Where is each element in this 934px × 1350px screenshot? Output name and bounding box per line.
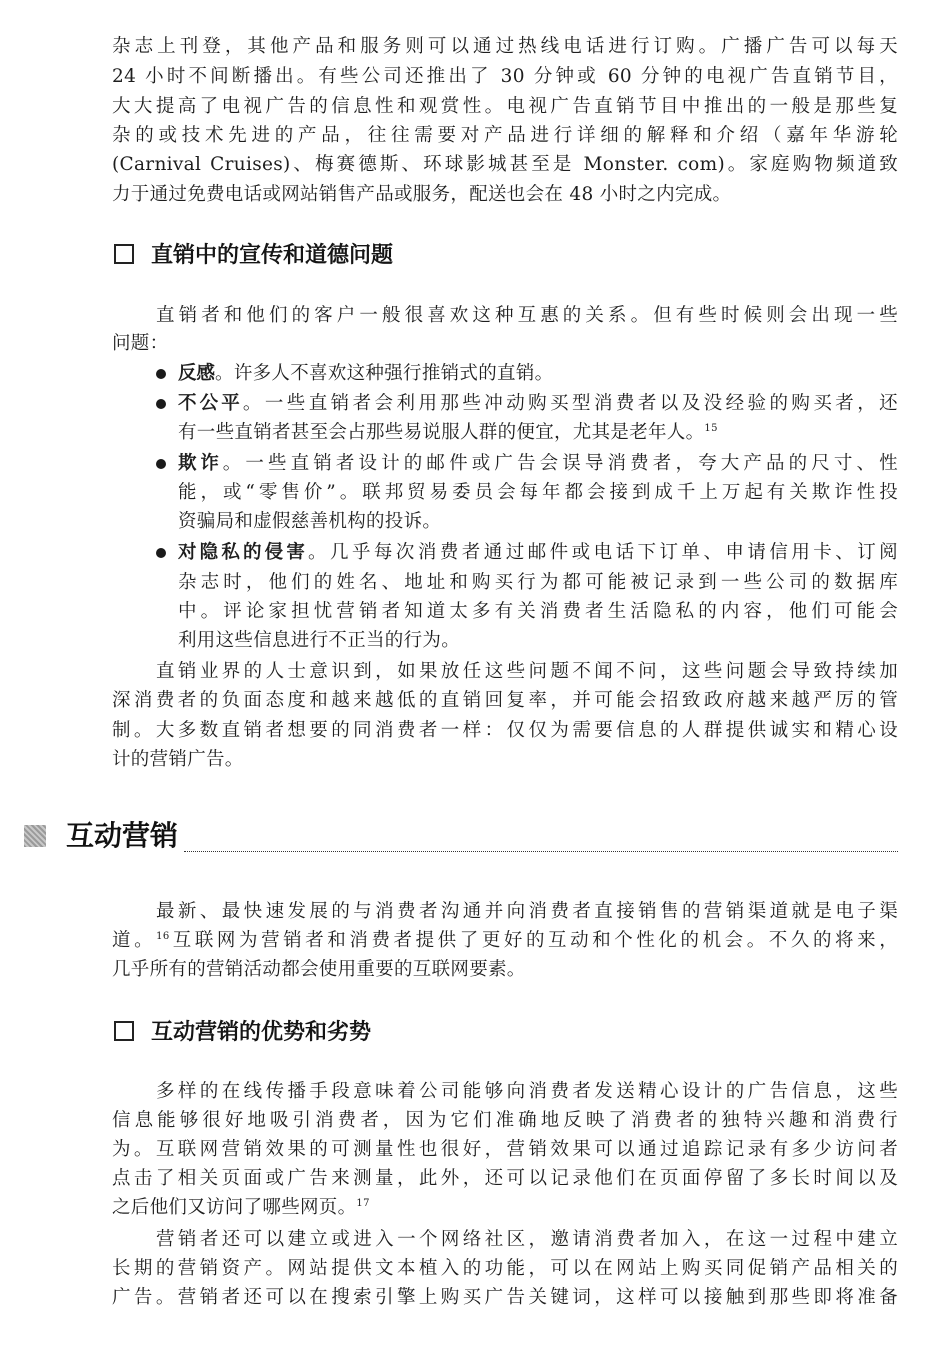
- footnote-marker: 17: [356, 1198, 369, 1209]
- bullet-icon: [156, 459, 166, 469]
- text-line: 有一些直销者甚至会占那些易说服人群的便宜，尤其是老年人。15: [178, 418, 898, 448]
- text-line: 中。评论家担忧营销者知道太多有关消费者生活隐私的内容，他们可能会: [178, 597, 898, 627]
- text-line: 信息能够很好地吸引消费者，因为它们准确地反映了消费者的独特兴趣和消费行: [112, 1106, 898, 1136]
- square-marker-icon: [114, 1021, 134, 1041]
- section-title: 互动营销: [66, 816, 178, 856]
- text-line: 广告。营销者还可以在搜索引擎上购买广告关键词，这样可以接触到那些即将准备: [112, 1283, 898, 1313]
- footnote-marker: 15: [704, 423, 717, 434]
- bullet-term: 反感: [178, 363, 215, 384]
- text-line: 欺诈。一些直销者设计的邮件或广告会误导消费者，夸大产品的尺寸、性: [178, 449, 898, 479]
- text-line: 资骗局和虚假慈善机构的投诉。: [178, 507, 898, 537]
- book-page: 杂志上刊登，其他产品和服务则可以通过热线电话进行订购。广播广告可以每天 24 小…: [0, 0, 934, 1350]
- text-line: 道。16互联网为营销者和消费者提供了更好的互动和个性化的机会。不久的将来，: [112, 926, 898, 956]
- text-line: 营销者还可以建立或进入一个网络社区，邀请消费者加入，在这一过程中建立: [156, 1225, 898, 1255]
- shaded-square-icon: [24, 825, 46, 847]
- text-line: 对隐私的侵害。几乎每次消费者通过邮件或电话下订单、申请信用卡、订阅: [178, 538, 898, 568]
- bullet-term: 不公平: [178, 393, 243, 414]
- text-line: 大大提高了电视广告的信息性和观赏性。电视广告直销节目中推出的一般是那些复: [112, 92, 898, 122]
- subsection-title: 互动营销的优势和劣势: [151, 1015, 371, 1046]
- bullet-icon: [156, 548, 166, 558]
- footnote-marker: 16: [156, 931, 169, 942]
- text-line: 杂志上刊登，其他产品和服务则可以通过热线电话进行订购。广播广告可以每天: [112, 32, 898, 62]
- text-line: 利用这些信息进行不正当的行为。: [178, 626, 898, 656]
- text-line: 为。互联网营销效果的可测量性也很好，营销效果可以通过追踪记录有多少访问者: [112, 1135, 898, 1165]
- text-line: 直销业界的人士意识到，如果放任这些问题不闻不问，这些问题会导致持续加: [156, 657, 898, 687]
- dotted-rule: [184, 851, 898, 852]
- text-line: 反感。许多人不喜欢这种强行推销式的直销。: [178, 359, 898, 389]
- subsection-title: 直销中的宣传和道德问题: [151, 238, 393, 269]
- text-line: 力于通过免费电话或网站销售产品或服务，配送也会在 48 小时之内完成。: [112, 180, 898, 210]
- text-line: 不公平。一些直销者会利用那些冲动购买型消费者以及没经验的购买者，还: [178, 389, 898, 419]
- text-line: 多样的在线传播手段意味着公司能够向消费者发送精心设计的广告信息，这些: [156, 1077, 898, 1107]
- text-line: 之后他们又访问了哪些网页。17: [112, 1193, 898, 1223]
- text-line: 问题：: [112, 329, 898, 359]
- text-line: 24 小时不间断播出。有些公司还推出了 30 分钟或 60 分钟的电视广告直销节…: [112, 62, 898, 92]
- text-line: 杂志时，他们的姓名、地址和购买行为都可能被记录到一些公司的数据库: [178, 568, 898, 598]
- text-line: 长期的营销资产。网站提供文本植入的功能，可以在网站上购买同促销产品相关的: [112, 1254, 898, 1284]
- bullet-term: 欺诈: [178, 453, 223, 474]
- subsection-heading-ethics: 直销中的宣传和道德问题: [114, 238, 393, 269]
- bullet-icon: [156, 399, 166, 409]
- text-line: 最新、最快速发展的与消费者沟通并向消费者直接销售的营销渠道就是电子渠: [156, 897, 898, 927]
- text-line: 计的营销广告。: [112, 745, 898, 775]
- square-marker-icon: [114, 244, 134, 264]
- bullet-icon: [156, 369, 166, 379]
- text-line: 深消费者的负面态度和越来越低的直销回复率，并可能会招致政府越来越严厉的管: [112, 686, 898, 716]
- subsection-heading-pros-cons: 互动营销的优势和劣势: [114, 1015, 371, 1046]
- bullet-term: 对隐私的侵害: [178, 542, 308, 563]
- text-line: 杂的或技术先进的产品，往往需要对产品进行详细的解释和介绍（嘉年华游轮: [112, 121, 898, 151]
- text-line: 直销者和他们的客户一般很喜欢这种互惠的关系。但有些时候则会出现一些: [156, 301, 898, 331]
- text-line: (Carnival Cruises)、梅赛德斯、环球影城甚至是 Monster.…: [112, 150, 898, 180]
- text-line: 能，或“零售价”。联邦贸易委员会每年都会接到成千上万起有关欺诈性投: [178, 478, 898, 508]
- text-line: 点击了相关页面或广告来测量，此外，还可以记录他们在页面停留了多长时间以及: [112, 1164, 898, 1194]
- section-heading-interactive-marketing: 互动营销: [24, 816, 898, 856]
- text-line: 几乎所有的营销活动都会使用重要的互联网要素。: [112, 955, 898, 985]
- text-line: 制。大多数直销者想要的同消费者一样：仅仅为需要信息的人群提供诚实和精心设: [112, 716, 898, 746]
